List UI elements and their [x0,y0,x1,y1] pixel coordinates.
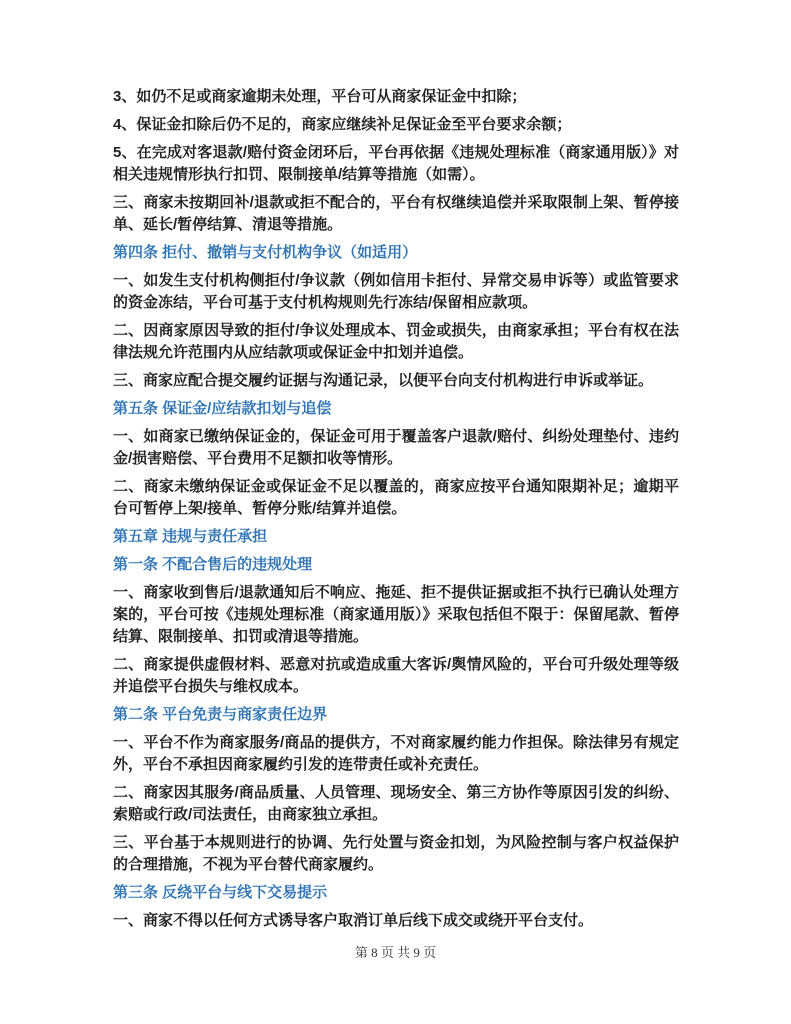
clause-paragraph: 一、如商家已缴纳保证金的，保证金可用于覆盖客户退款/赔付、纠纷处理垫付、违约金/… [113,426,679,470]
clause-paragraph: 三、商家应配合提交履约证据与沟通记录，以便平台向支付机构进行申诉或举证。 [113,370,679,392]
clause-paragraph: 三、平台基于本规则进行的协调、先行处置与资金扣划，为风险控制与客户权益保护的合理… [113,832,679,876]
clause-paragraph: 二、商家提供虚假材料、恶意对抗或造成重大客诉/舆情风险的，平台可升级处理等级并追… [113,654,679,698]
clause-paragraph: 二、商家未缴纳保证金或保证金不足以覆盖的，商家应按平台通知限期补足；逾期平台可暂… [113,476,679,520]
clause-paragraph: 一、如发生支付机构侧拒付/争议款（例如信用卡拒付、异常交易申诉等）或监管要求的资… [113,270,679,314]
section-heading: 第一条 不配合售后的违规处理 [113,554,679,576]
section-heading: 第二条 平台免责与商家责任边界 [113,704,679,726]
clause-paragraph: 二、因商家原因导致的拒付/争议处理成本、罚金或损失，由商家承担；平台有权在法律法… [113,320,679,364]
clause-paragraph: 4、保证金扣除后仍不足的，商家应继续补足保证金至平台要求余额； [113,114,679,136]
section-heading: 第三条 反绕平台与线下交易提示 [113,882,679,904]
clause-paragraph: 二、商家因其服务/商品质量、人员管理、现场安全、第三方协作等原因引发的纠纷、索赔… [113,782,679,826]
clause-paragraph: 一、商家收到售后/退款通知后不响应、拖延、拒不提供证据或拒不执行已确认处理方案的… [113,582,679,648]
page-content: 3、如仍不足或商家逾期未处理，平台可从商家保证金中扣除； 4、保证金扣除后仍不足… [113,86,679,938]
clause-paragraph: 一、商家不得以任何方式诱导客户取消订单后线下成交或绕开平台支付。 [113,910,679,932]
clause-paragraph: 5、在完成对客退款/赔付资金闭环后，平台再依据《违规处理标准（商家通用版）》对相… [113,142,679,186]
chapter-heading: 第五章 违规与责任承担 [113,526,679,548]
clause-paragraph: 3、如仍不足或商家逾期未处理，平台可从商家保证金中扣除； [113,86,679,108]
document-page: 3、如仍不足或商家逾期未处理，平台可从商家保证金中扣除； 4、保证金扣除后仍不足… [0,0,791,1024]
clause-paragraph: 三、商家未按期回补/退款或拒不配合的，平台有权继续追偿并采取限制上架、暂停接单、… [113,192,679,236]
section-heading: 第四条 拒付、撤销与支付机构争议（如适用） [113,242,679,264]
clause-paragraph: 一、平台不作为商家服务/商品的提供方，不对商家履约能力作担保。除法律另有规定外，… [113,732,679,776]
page-number: 第 8 页 共 9 页 [0,944,791,962]
section-heading: 第五条 保证金/应结款扣划与追偿 [113,398,679,420]
